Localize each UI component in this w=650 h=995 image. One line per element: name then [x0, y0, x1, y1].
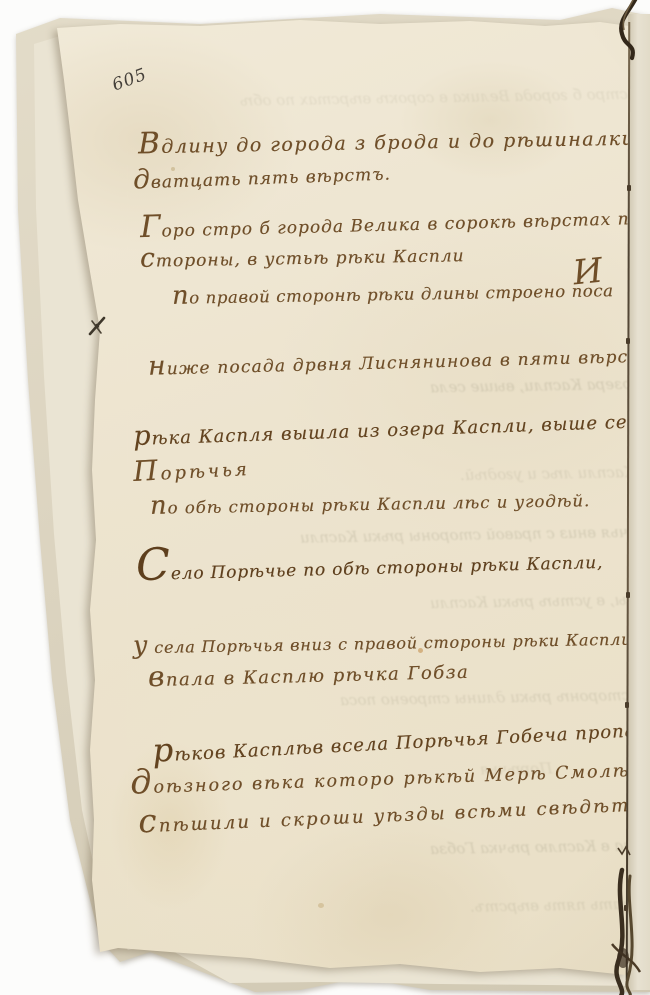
manuscript-scan: Горо стро б города Велика в сорокѣ вѣрст… [0, 0, 650, 995]
sewing-mark [626, 338, 630, 344]
manuscript-leaf: Горо стро б города Велика в сорокѣ вѣрст… [0, 0, 650, 995]
ink-blot [88, 315, 108, 339]
sewing-mark [625, 702, 629, 708]
sewing-mark [627, 185, 631, 191]
manuscript-leaf-wrap: Горо стро б города Велика в сорокѣ вѣрст… [0, 0, 650, 995]
adjacent-page-edge [628, 14, 650, 990]
sewing-mark [624, 905, 628, 911]
sewing-mark [626, 592, 630, 598]
page-vignette [0, 0, 650, 995]
